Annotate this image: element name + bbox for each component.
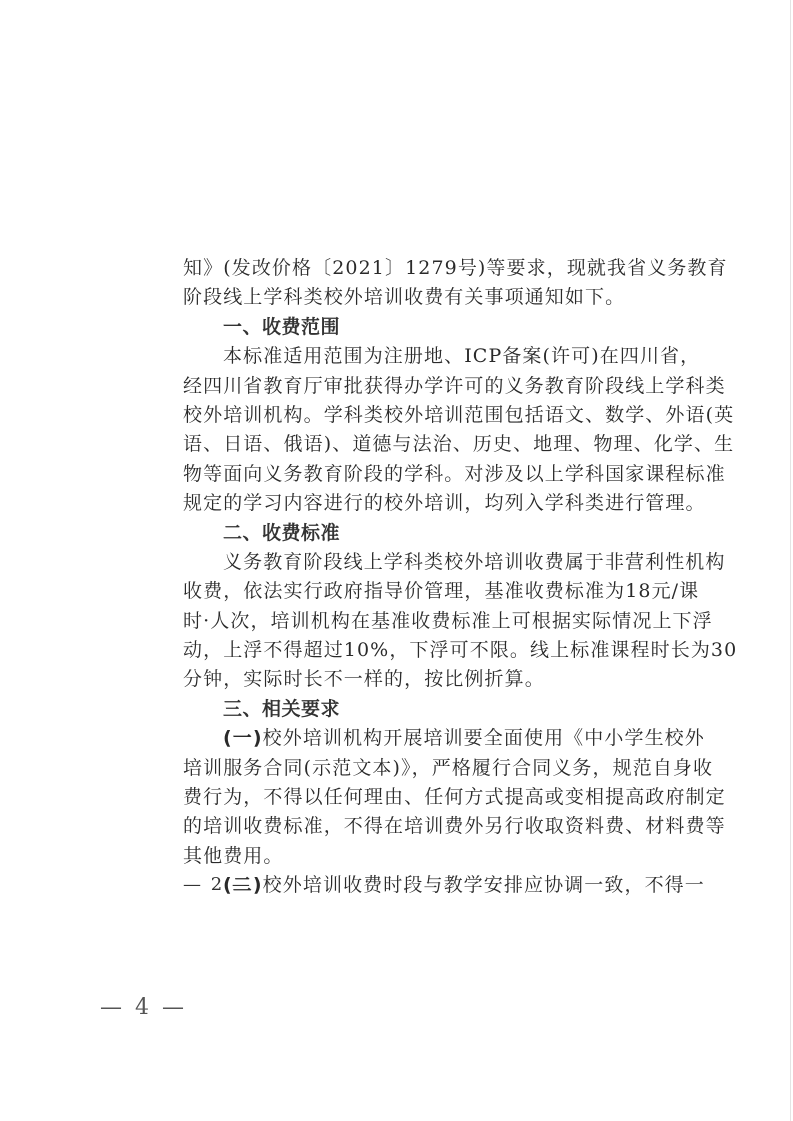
outer-page-number: — 4 — [100, 995, 187, 1020]
body-line: 经四川省教育厅审批获得办学许可的义务教育阶段线上学科类 [183, 372, 607, 401]
body-line: 本标准适用范围为注册地、ICP备案(许可)在四川省， [183, 342, 607, 371]
item-number-1: (一) [223, 727, 263, 749]
item-text: 校外培训收费时段与教学安排应协调一致，不得一 [263, 874, 705, 896]
body-line: 语、日语、俄语)、道德与法治、历史、地理、物理、化学、生 [183, 430, 607, 459]
section-heading-fee-standard: 二、收费标准 [183, 519, 607, 548]
inner-page-number: — 2 — [183, 874, 252, 895]
section-heading-fee-scope: 一、收费范围 [183, 313, 607, 342]
body-line: 时·人次，培训机构在基准收费标准上可根据实际情况上下浮 [183, 607, 607, 636]
body-line: 校外培训机构。学科类校外培训范围包括语文、数学、外语(英 [183, 401, 607, 430]
body-line: 费行为，不得以任何理由、任何方式提高或变相提高政府制定 [183, 783, 607, 812]
body-line: 分钟，实际时长不一样的，按比例折算。 [183, 665, 607, 694]
body-line: 动，上浮不得超过10%，下浮可不限。线上标准课程时长为30 [183, 636, 607, 665]
body-line: 义务教育阶段线上学科类校外培训收费属于非营利性机构 [183, 548, 607, 577]
body-line: 收费，依法实行政府指导价管理，基准收费标准为18元/课 [183, 577, 607, 606]
page-edge [790, 0, 791, 1121]
body-line: 阶段线上学科类校外培训收费有关事项通知如下。 [183, 283, 607, 312]
document-body: 知》(发改价格〔2021〕1279号)等要求，现就我省义务教育 阶段线上学科类校… [183, 254, 607, 901]
body-line: 培训服务合同(示范文本)》，严格履行合同义务，规范自身收 [183, 754, 607, 783]
section-heading-requirements: 三、相关要求 [183, 695, 607, 724]
body-line: 知》(发改价格〔2021〕1279号)等要求，现就我省义务教育 [183, 254, 607, 283]
body-line: 物等面向义务教育阶段的学科。对涉及以上学科国家课程标准 [183, 460, 607, 489]
body-line: 规定的学习内容进行的校外培训，均列入学科类进行管理。 [183, 489, 607, 518]
body-line: 其他费用。 [183, 842, 607, 871]
body-line: 的培训收费标准，不得在培训费外另行收取资料费、材料费等 [183, 812, 607, 841]
item-text: 校外培训机构开展培训要全面使用《中小学生校外 [263, 727, 705, 749]
body-line: (一)校外培训机构开展培训要全面使用《中小学生校外 [183, 724, 607, 753]
document-page: 知》(发改价格〔2021〕1279号)等要求，现就我省义务教育 阶段线上学科类校… [0, 0, 793, 1121]
